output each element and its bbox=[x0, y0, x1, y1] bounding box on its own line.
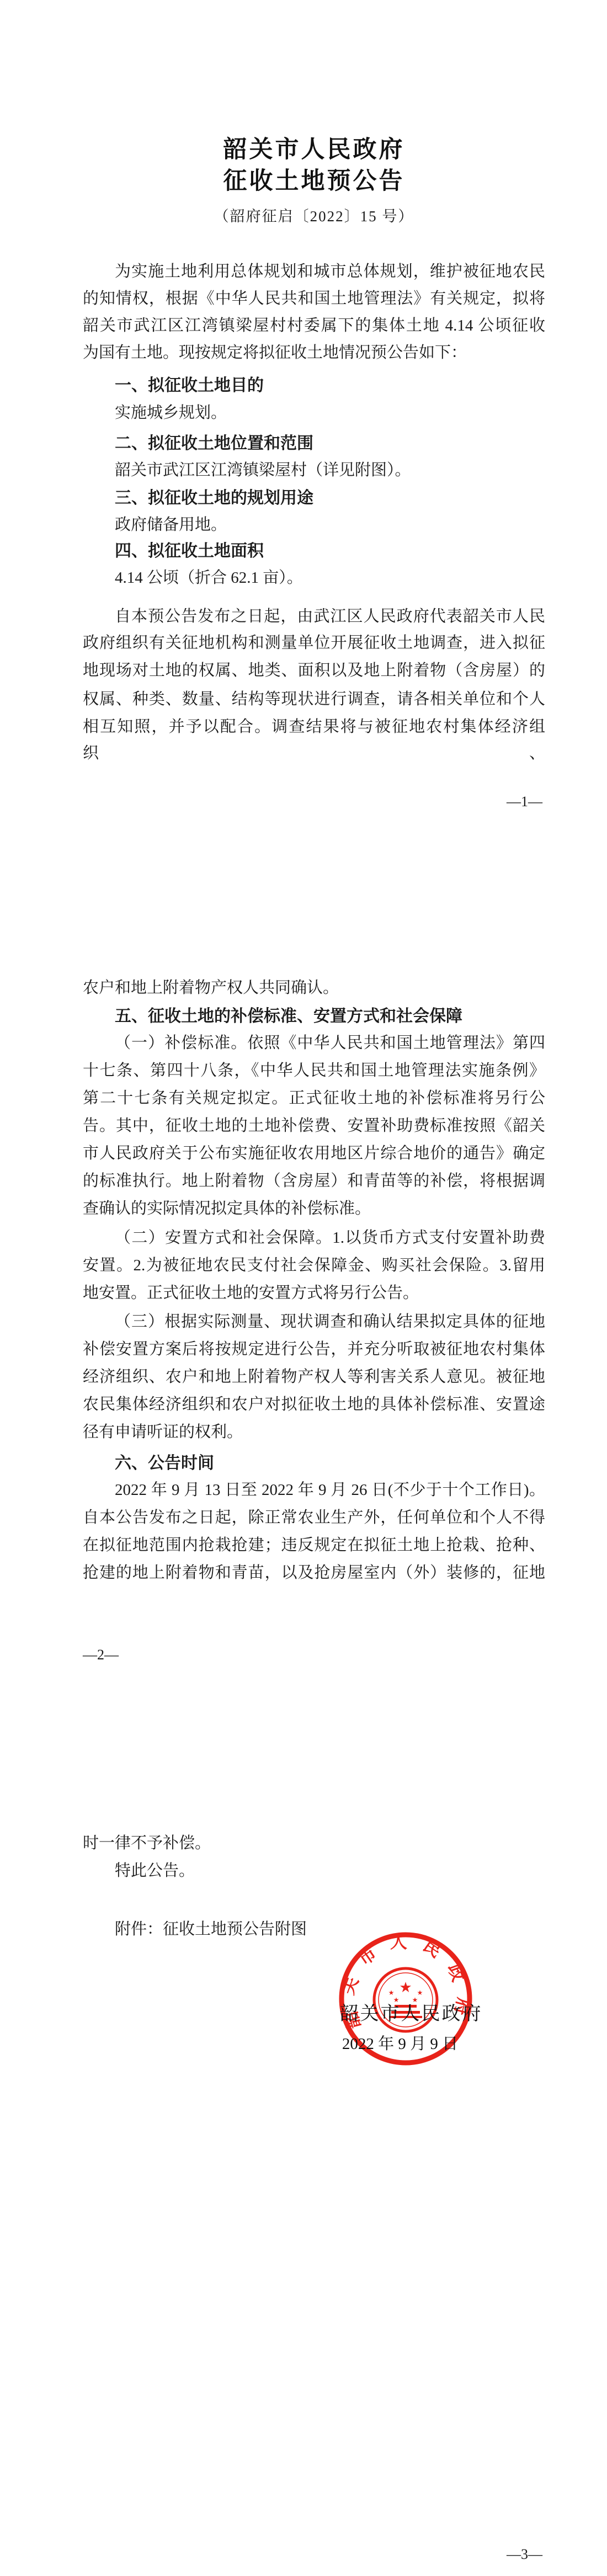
body-line: 地现场对土地的权属、地类、面积以及地上附着物（含房屋）的 bbox=[83, 657, 545, 684]
body-line: 地安置。正式征收土地的安置方式将另行公告。 bbox=[83, 1280, 545, 1306]
body-line: 时一律不予补偿。 bbox=[83, 1830, 545, 1856]
document-number: （韶府征启〔2022〕15 号） bbox=[83, 205, 545, 227]
issue-date: 2022 年 9 月 9 日 bbox=[331, 2033, 469, 2055]
body-line: 经济组织、农户和地上附着物产权人等利害关系人意见。被征地 bbox=[83, 1364, 545, 1390]
section-heading-5: 五、征收土地的补偿标准、安置方式和社会保障 bbox=[83, 1003, 545, 1030]
body-line: 韶关市武江区江湾镇梁屋村村委属下的集体土地 4.14 公顷征收 bbox=[83, 312, 545, 339]
body-line: 的知情权，根据《中华人民共和国土地管理法》有关规定，拟将 bbox=[83, 285, 545, 312]
body-line: 权属、种类、数量、结构等现状进行调查，请各相关单位和个人 bbox=[83, 686, 545, 712]
body-line: 农户和地上附着物产权人共同确认。 bbox=[83, 975, 545, 1001]
body-line: 告。其中，征收土地的土地补偿费、安置补助费标准按照《韶关 bbox=[83, 1113, 545, 1139]
emblem-small-star-icon: ★ bbox=[388, 1989, 395, 1997]
body-line: 自本公告发布之日起，除正常农业生产外，任何单位和个人不得 bbox=[83, 1504, 545, 1531]
body-line: 4.14 公顷（折合 62.1 亩）。 bbox=[83, 565, 545, 591]
body-line: 2022 年 9 月 13 日至 2022 年 9 月 26 日(不少于十个工作… bbox=[83, 1477, 545, 1503]
body-line: 径有申请听证的权利。 bbox=[83, 1419, 545, 1445]
section-heading-1: 一、拟征收土地目的 bbox=[83, 372, 545, 399]
body-line: 十七条、第四十八条，《中华人民共和国土地管理法实施条例》 bbox=[83, 1057, 545, 1084]
section-heading-3: 三、拟征收土地的规划用途 bbox=[83, 485, 545, 512]
body-line: 抢建的地上附着物和青苗，以及抢房屋室内（外）装修的，征地 bbox=[83, 1560, 545, 1586]
body-line: （一）补偿标准。依照《中华人民共和国土地管理法》第四 bbox=[83, 1030, 545, 1056]
body-line: 韶关市武江区江湾镇梁屋村（详见附图）。 bbox=[83, 457, 545, 483]
page-number-2: —2— bbox=[83, 1646, 303, 1664]
body-line: 政府组织有关征地机构和测量单位开展征收土地调查，进入拟征 bbox=[83, 630, 545, 656]
body-line: 为国有土地。现按规定将拟征收土地情况预公告如下： bbox=[83, 339, 545, 366]
section-heading-2: 二、拟征收土地位置和范围 bbox=[83, 430, 545, 457]
issuer-signature: 韶关市人民政府 bbox=[338, 2002, 484, 2026]
document-canvas: 韶关市人民政府 征收土地预公告 （韶府征启〔2022〕15 号） 为实施土地利用… bbox=[0, 0, 607, 2576]
body-line: 在拟征地范围内抢栽抢建；违反规定在拟征土地上抢栽、抢种、 bbox=[83, 1532, 545, 1558]
emblem-big-star-icon: ★ bbox=[399, 1979, 412, 1995]
page-number-1: —1— bbox=[87, 792, 542, 811]
section-heading-6: 六、公告时间 bbox=[83, 1450, 545, 1477]
body-line: （三）根据实际测量、现状调查和确认结果拟定具体的征地 bbox=[83, 1308, 545, 1335]
closing-line: 特此公告。 bbox=[83, 1858, 545, 1884]
body-line: 为实施土地利用总体规划和城市总体规划，维护被征地农民 bbox=[83, 258, 545, 285]
body-line: 查确认的实际情况拟定具体的补偿标准。 bbox=[83, 1195, 545, 1222]
body-line: 农民集体经济组织和农户对拟征收土地的具体补偿标准、安置途 bbox=[83, 1391, 545, 1418]
body-line: 补偿安置方案后将按规定进行公告，并充分听取被征地农村集体 bbox=[83, 1336, 545, 1362]
body-line: 实施城乡规划。 bbox=[83, 400, 545, 426]
page-number-3: —3— bbox=[87, 2545, 542, 2564]
emblem-small-star-icon: ★ bbox=[417, 1989, 423, 1997]
attachment-line: 附件：征收土地预公告附图 bbox=[83, 1916, 545, 1942]
document-title-line-2: 征收土地预公告 bbox=[83, 167, 545, 196]
body-line: 政府储备用地。 bbox=[83, 512, 545, 538]
body-line: 自本预公告发布之日起，由武江区人民政府代表韶关市人民 bbox=[83, 603, 545, 630]
body-line: 第二十七条有关规定拟定。正式征收土地的补偿标准将另行公 bbox=[83, 1085, 545, 1111]
body-line: 市人民政府关于公布实施征收农用地区片综合地价的通告》确定 bbox=[83, 1140, 545, 1167]
body-line: 相互知照，并予以配合。调查结果将与被征地农村集体经济组织、 bbox=[83, 714, 545, 767]
body-line: （二）安置方式和社会保障。1.以货币方式支付安置补助费 bbox=[83, 1225, 545, 1251]
section-heading-4: 四、拟征收土地面积 bbox=[83, 538, 545, 565]
document-title-line-1: 韶关市人民政府 bbox=[83, 136, 545, 164]
body-line: 安置。2.为被征地农民支付社会保障金、购买社会保险。3.留用 bbox=[83, 1252, 545, 1279]
body-line: 的标准执行。地上附着物（含房屋）和青苗等的补偿，将根据调 bbox=[83, 1168, 545, 1194]
